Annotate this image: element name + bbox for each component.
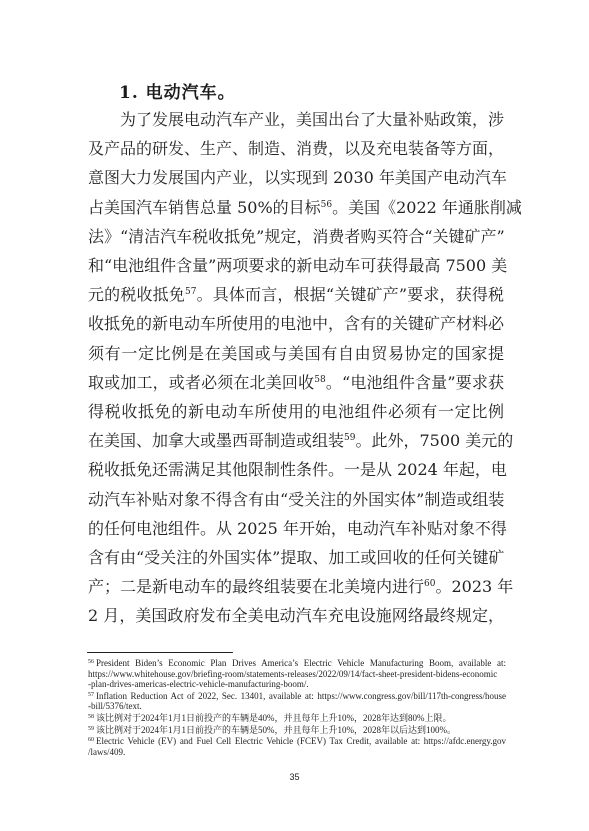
footnotes: 56President Biden’s Economic Plan Drives… [88,657,506,757]
text-segment: 2 月，美国政府发布全美电动汽车充电设施网络最终规定， [88,606,504,625]
text-line: 为了发展电动汽车产业，美国出台了大量补贴政策，涉 [88,105,504,134]
footnote-60: 60Electric Vehicle (EV) and Fuel Cell El… [88,735,506,757]
text-line: 得税收抵免的新电动车所使用的电池组件必须有一定比例 [88,397,504,426]
footnote-text: https://www.whitehouse.gov/briefing-room… [88,669,497,679]
footnote-text: 该比例对于2024年1月1日前投产的车辆是50%，并且每年上升10%，2028年… [96,725,456,735]
footnote-number: 58 [88,714,94,720]
text-segment: 元的税收抵免 [88,285,185,304]
text-line: 须有一定比例是在美国或与美国有自由贸易协定的国家提 [88,339,504,368]
footnote-text: Inflation Reduction Act of 2022, Sec. 13… [96,691,506,701]
footnote-58: 58该比例对于2024年1月1日前投产的车辆是40%，并且每年上升10%，202… [88,712,506,724]
text-segment: 占美国汽车销售总量 50%的目标 [88,198,321,217]
text-segment: 动汽车补贴对象不得含有由“受关注的外国实体”制造或组装 [88,490,504,509]
text-segment: 意图大力发展国内产业，以实现到 2030 年美国产电动汽车 [88,168,507,187]
text-line: 和“电池组件含量”两项要求的新电动车可获得最高 7500 美 [88,251,504,280]
text-line: 收抵免的新电动车所使用的电池中，含有的关键矿产材料必 [88,309,504,338]
page-number: 35 [0,772,589,782]
text-segment: 的任何电池组件。从 2025 年开始，电动汽车补贴对象不得 [88,519,507,538]
text-segment: 须有一定比例是在美国或与美国有自由贸易协定的国家提 [88,344,504,363]
text-line: 取或加工，或者必须在北美回收58。“电池组件含量”要求获 [88,368,504,397]
document-page: 1. 电动汽车。 为了发展电动汽车产业，美国出台了大量补贴政策，涉及产品的研发、… [0,0,589,831]
footnote-ref[interactable]: 56 [321,200,332,210]
text-line: 占美国汽车销售总量 50%的目标56。美国《2022 年通胀削减 [88,193,504,222]
text-line: 意图大力发展国内产业，以实现到 2030 年美国产电动汽车 [88,163,504,192]
footnote-ref[interactable]: 58 [314,375,325,385]
footnote-text: 该比例对于2024年1月1日前投产的车辆是40%，并且每年上升10%，2028年… [96,713,452,723]
text-line: 元的税收抵免57。具体而言，根据“关键矿产”要求，获得税 [88,280,504,309]
text-line: 含有由“受关注的外国实体”提取、加工或回收的任何关键矿 [88,543,504,572]
text-line: 及产品的研发、生产、制造、消费，以及充电装备等方面， [88,134,504,163]
footnote-text: -bill/5376/text. [88,701,142,711]
text-segment: 含有由“受关注的外国实体”提取、加工或回收的任何关键矿 [88,548,504,567]
text-segment: 在美国、加拿大或墨西哥制造或组装 [88,431,344,450]
text-segment: 。具体而言，根据“关键矿产”要求，获得税 [196,285,504,304]
section-heading: 1. 电动汽车。 [119,78,236,103]
footnote-number: 60 [88,737,94,743]
footnote-ref[interactable]: 59 [344,433,355,443]
text-segment: 。美国《2022 年通胀削减 [332,198,522,217]
footnote-text: Electric Vehicle (EV) and Fuel Cell Elec… [96,736,506,746]
text-line: 税收抵免还需满足其他限制性条件。一是从 2024 年起，电 [88,455,504,484]
text-segment: 。“电池组件含量”要求获 [326,373,504,392]
footnote-line: 59该比例对于2024年1月1日前投产的车辆是50%，并且每年上升10%，202… [88,724,506,736]
text-segment: 产；二是新电动车的最终组装要在北美境内进行 [88,577,424,596]
text-segment: 。此外，7500 美元的 [355,431,513,450]
footnote-ref[interactable]: 60 [424,579,435,589]
text-segment: 法》“清洁汽车税收抵免”规定，消费者购买符合“关键矿产” [88,227,505,246]
footnote-57: 57Inflation Reduction Act of 2022, Sec. … [88,690,506,712]
footnote-text: -plan-drives-americas-electric-vehicle-m… [88,679,309,689]
footnote-text: President Biden’s Economic Plan Drives A… [96,658,506,668]
text-segment: 取或加工，或者必须在北美回收 [88,373,314,392]
footnote-59: 59该比例对于2024年1月1日前投产的车辆是50%，并且每年上升10%，202… [88,724,506,736]
footnote-number: 57 [88,692,94,698]
text-line: 2 月，美国政府发布全美电动汽车充电设施网络最终规定， [88,601,504,630]
text-segment: 及产品的研发、生产、制造、消费，以及充电装备等方面， [88,139,504,158]
footnote-line: -plan-drives-americas-electric-vehicle-m… [88,679,506,690]
footnote-line: 56President Biden’s Economic Plan Drives… [88,657,506,669]
footnote-number: 59 [88,726,94,732]
text-segment: 。2023 年 [435,577,513,596]
footnote-line: /laws/409. [88,747,506,758]
text-segment: 和“电池组件含量”两项要求的新电动车可获得最高 7500 美 [88,256,507,275]
footnote-56: 56President Biden’s Economic Plan Drives… [88,657,506,690]
footnote-line: 58该比例对于2024年1月1日前投产的车辆是40%，并且每年上升10%，202… [88,712,506,724]
footnote-ref[interactable]: 57 [185,287,196,297]
text-line: 的任何电池组件。从 2025 年开始，电动汽车补贴对象不得 [88,514,504,543]
text-segment: 得税收抵免的新电动车所使用的电池组件必须有一定比例 [88,402,504,421]
footnote-number: 56 [88,659,94,665]
text-line: 动汽车补贴对象不得含有由“受关注的外国实体”制造或组装 [88,485,504,514]
text-line: 在美国、加拿大或墨西哥制造或组装59。此外，7500 美元的 [88,426,504,455]
footnote-line: 57Inflation Reduction Act of 2022, Sec. … [88,690,506,702]
text-segment: 税收抵免还需满足其他限制性条件。一是从 2024 年起，电 [88,460,507,479]
text-segment: 为了发展电动汽车产业，美国出台了大量补贴政策，涉 [120,110,504,129]
footnote-line: 60Electric Vehicle (EV) and Fuel Cell El… [88,735,506,747]
body-paragraph: 为了发展电动汽车产业，美国出台了大量补贴政策，涉及产品的研发、生产、制造、消费，… [88,105,504,631]
footnote-line: -bill/5376/text. [88,701,506,712]
footnote-line: https://www.whitehouse.gov/briefing-room… [88,669,506,680]
footnote-separator [87,652,233,653]
text-segment: 收抵免的新电动车所使用的电池中，含有的关键矿产材料必 [88,314,504,333]
text-line: 产；二是新电动车的最终组装要在北美境内进行60。2023 年 [88,572,504,601]
text-line: 法》“清洁汽车税收抵免”规定，消费者购买符合“关键矿产” [88,222,504,251]
footnote-text: /laws/409. [88,747,125,757]
